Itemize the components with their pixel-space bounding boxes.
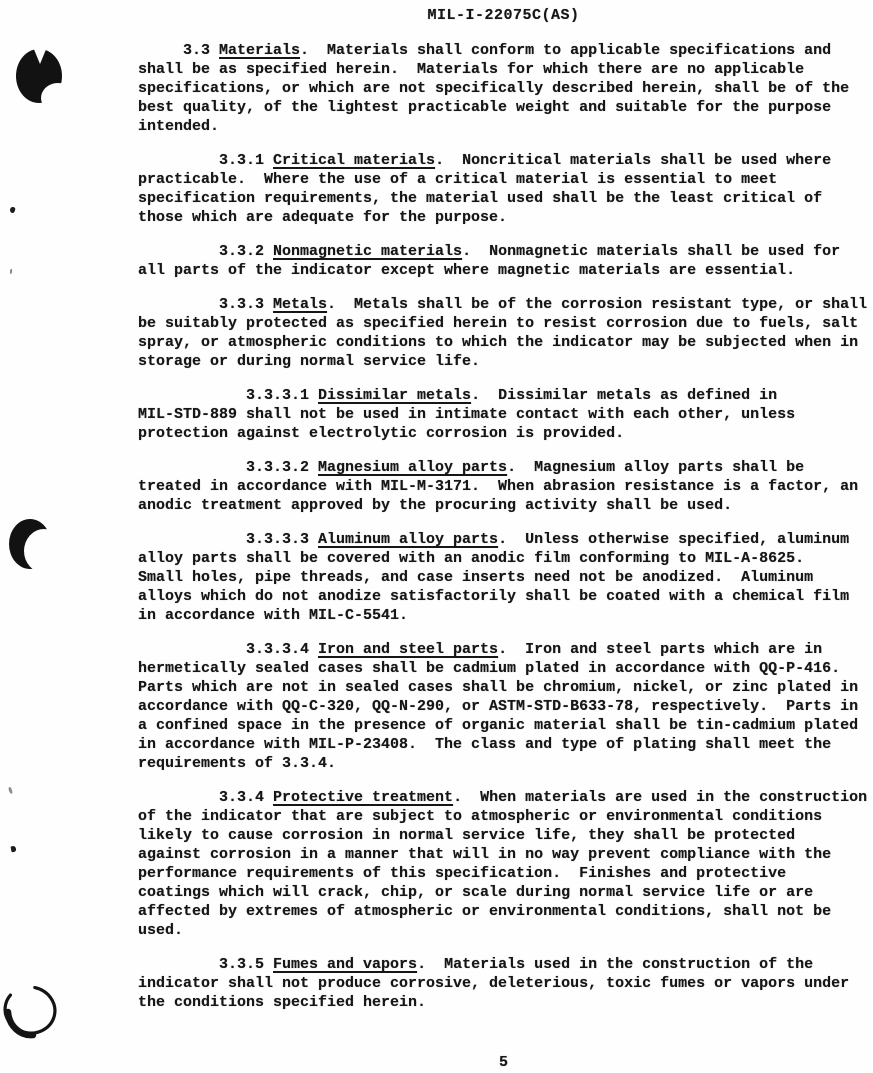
text-line: MIL-STD-889 shall not be used in intimat… [138,405,869,424]
text-line: shall be as specified herein. Materials … [138,60,869,79]
text-run: . Metals shall be of the corrosion resis… [327,296,867,313]
section-title: Nonmagnetic materials [273,243,462,260]
paragraph-3.3.3: 3.3.3 Metals. Metals shall be of the cor… [138,295,869,371]
paragraph-3.3.3.4: 3.3.3.4 Iron and steel parts. Iron and s… [138,640,869,773]
section-title: Critical materials [273,152,435,169]
text-line: alloys which do not anodize satisfactori… [138,587,869,606]
section-number: 3.3.3.4 [138,641,318,658]
text-line: those which are adequate for the purpose… [138,208,869,227]
text-line: 3.3.3.4 Iron and steel parts. Iron and s… [138,640,869,659]
section-number: 3.3.3.1 [138,387,318,404]
section-number: 3.3.4 [138,789,273,806]
text-line: of the indicator that are subject to atm… [138,807,869,826]
text-line: performance requirements of this specifi… [138,864,869,883]
section-title: Dissimilar metals [318,387,471,404]
paragraph-3.3.3.2: 3.3.3.2 Magnesium alloy parts. Magnesium… [138,458,869,515]
text-line: 3.3.5 Fumes and vapors. Materials used i… [138,955,869,974]
typed-content: MIL-I-22075C(AS) 3.3 Materials. Material… [138,6,869,1072]
text-run: . Iron and steel parts which are in [498,641,822,658]
section-title: Materials [219,42,300,59]
text-line: 3.3.2 Nonmagnetic materials. Nonmagnetic… [138,242,869,261]
speck-artifact [8,787,13,795]
text-line: indicator shall not produce corrosive, d… [138,974,869,993]
text-line: be suitably protected as specified herei… [138,314,869,333]
text-line: 3.3.4 Protective treatment. When materia… [138,788,869,807]
section-number: 3.3.3.3 [138,531,318,548]
text-line: Parts which are not in sealed cases shal… [138,678,869,697]
speck-artifact [9,206,15,213]
text-line: treated in accordance with MIL-M-3171. W… [138,477,869,496]
text-run: . Noncritical materials shall be used wh… [435,152,831,169]
paragraph-3.3.5: 3.3.5 Fumes and vapors. Materials used i… [138,955,869,1012]
section-number: 3.3.1 [138,152,273,169]
text-line: best quality, of the lightest practicabl… [138,98,869,117]
section-number: 3.3.3.2 [138,459,318,476]
page-number: 5 [138,1053,869,1072]
speck-artifact [11,846,17,853]
speck-artifact [10,269,13,274]
text-line: accordance with QQ-C-320, QQ-N-290, or A… [138,697,869,716]
document-body: 3.3 Materials. Materials shall conform t… [138,41,869,1012]
text-line: protection against electrolytic corrosio… [138,424,869,443]
text-line: 3.3.3.2 Magnesium alloy parts. Magnesium… [138,458,869,477]
text-line: storage or during normal service life. [138,352,869,371]
section-number: 3.3.5 [138,956,273,973]
text-line: 3.3.3 Metals. Metals shall be of the cor… [138,295,869,314]
text-line: affected by extremes of atmospheric or e… [138,902,869,921]
section-title: Fumes and vapors [273,956,417,973]
text-line: 3.3.3.1 Dissimilar metals. Dissimilar me… [138,386,869,405]
paragraph-3.3.2: 3.3.2 Nonmagnetic materials. Nonmagnetic… [138,242,869,280]
text-line: coatings which will crack, chip, or scal… [138,883,869,902]
text-line: specification requirements, the material… [138,189,869,208]
text-run: . Unless otherwise specified, aluminum [498,531,849,548]
text-line: specifications, or which are not specifi… [138,79,869,98]
section-title: Iron and steel parts [318,641,498,658]
text-line: used. [138,921,869,940]
text-line: the conditions specified herein. [138,993,869,1012]
text-line: intended. [138,117,869,136]
section-title: Metals [273,296,327,313]
text-line: practicable. Where the use of a critical… [138,170,869,189]
text-line: a confined space in the presence of orga… [138,716,869,735]
text-line: spray, or atmospheric conditions to whic… [138,333,869,352]
text-line: likely to cause corrosion in normal serv… [138,826,869,845]
paragraph-3.3.4: 3.3.4 Protective treatment. When materia… [138,788,869,940]
text-run: . Materials shall conform to applicable … [300,42,831,59]
text-line: hermetically sealed cases shall be cadmi… [138,659,869,678]
text-line: Small holes, pipe threads, and case inse… [138,568,869,587]
text-line: anodic treatment approved by the procuri… [138,496,869,515]
section-number: 3.3 [138,42,219,59]
section-title: Aluminum alloy parts [318,531,498,548]
text-line: all parts of the indicator except where … [138,261,869,280]
text-run: . Magnesium alloy parts shall be [507,459,804,476]
text-line: requirements of 3.3.4. [138,754,869,773]
paragraph-3.3: 3.3 Materials. Materials shall conform t… [138,41,869,136]
text-line: 3.3.3.3 Aluminum alloy parts. Unless oth… [138,530,869,549]
text-line: alloy parts shall be covered with an ano… [138,549,869,568]
text-run: . Nonmagnetic materials shall be used fo… [462,243,840,260]
section-number: 3.3.3 [138,296,273,313]
text-line: against corrosion in a manner that will … [138,845,869,864]
text-line: 3.3.1 Critical materials. Noncritical ma… [138,151,869,170]
paragraph-3.3.3.3: 3.3.3.3 Aluminum alloy parts. Unless oth… [138,530,869,625]
text-line: 3.3 Materials. Materials shall conform t… [138,41,869,60]
text-line: in accordance with MIL-C-5541. [138,606,869,625]
section-title: Protective treatment [273,789,453,806]
text-run: . When materials are used in the constru… [453,789,867,806]
section-number: 3.3.2 [138,243,273,260]
text-run: . Dissimilar metals as defined in [471,387,777,404]
text-line: in accordance with MIL-P-23408. The clas… [138,735,869,754]
crescent-smudge-artifact [8,517,54,575]
paragraph-3.3.1: 3.3.1 Critical materials. Noncritical ma… [138,151,869,227]
document-id-header: MIL-I-22075C(AS) [138,6,869,25]
section-title: Magnesium alloy parts [318,459,507,476]
ink-blob-artifact [15,47,65,107]
text-run: . Materials used in the construction of … [417,956,813,973]
ring-smudge-artifact [3,982,59,1040]
paragraph-3.3.3.1: 3.3.3.1 Dissimilar metals. Dissimilar me… [138,386,869,443]
document-page: MIL-I-22075C(AS) 3.3 Materials. Material… [0,0,873,1073]
